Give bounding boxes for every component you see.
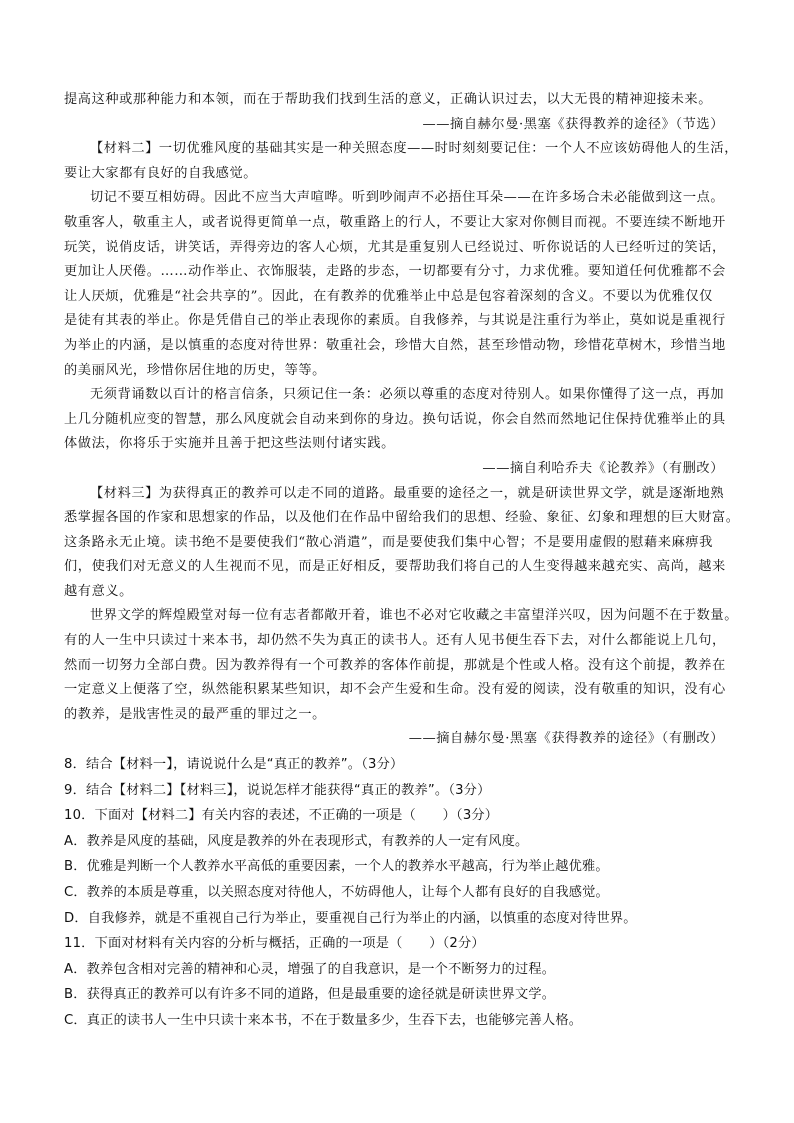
question-10-option-b: B．优雅是判断一个人教养水平高低的重要因素，一个人的教养水平越高，行为举止越优雅… [64, 854, 732, 880]
text-line: 是徒有其表的举止。你是凭借自己的举止表现你的素质。自我修养，与其说是注重行为举止… [64, 309, 732, 334]
document-page: 提高这种或那种能力和本领，而在于帮助我们找到生活的意义，正确认识过去，以大无畏的… [64, 88, 732, 1034]
text-line: 【材料三】为获得真正的教养可以走不同的道路。最重要的途径之一，就是研读世界文学，… [64, 482, 732, 507]
material-1-tail: 提高这种或那种能力和本领，而在于帮助我们找到生活的意义，正确认识过去，以大无畏的… [64, 88, 732, 137]
source-citation: ——摘自赫尔曼·黑塞《获得教养的途径》（有删改） [64, 727, 732, 752]
question-11-option-a: A．教养包含相对完善的精神和心灵，增强了的自我意识，是一个不断努力的过程。 [64, 957, 732, 983]
text-line: 【材料二】一切优雅风度的基础其实是一种关照态度——时时刻刻要记住：一个人不应该妨… [64, 137, 732, 162]
questions: 8．结合【材料一】，请说说什么是“真正的教养”。（3分） 9．结合【材料二】【材… [64, 752, 732, 1034]
question-10-option-c: C．教养的本质是尊重，以关照态度对待他人，不妨碍他人，让每个人都有良好的自我感觉… [64, 880, 732, 906]
text-line: 这条路永无止境。读书绝不是要使我们“散心消遣”，而是要使我们集中心智；不是要用虚… [64, 531, 732, 556]
text-line: 更加让人厌倦。……动作举止、衣饰服装，走路的步态，一切都要有分寸，力求优雅。要知… [64, 260, 732, 285]
text-line: 悉掌握各国的作家和思想家的作品，以及他们在作品中留给我们的思想、经验、象征、幻象… [64, 506, 732, 531]
question-9: 9．结合【材料二】【材料三】，说说怎样才能获得“真正的教养”。（3分） [64, 778, 732, 804]
text-line: 让人厌烦，优雅是“社会共享的”。因此，在有教养的优雅举止中总是包容着深刻的含义。… [64, 285, 732, 310]
text-line: 上几分随机应变的智慧，那么风度就会自动来到你的身边。换句话说，你会自然而然地记住… [64, 408, 732, 433]
text-line: 的教养，是戕害性灵的最严重的罪过之一。 [64, 703, 732, 728]
question-11-option-c: C．真正的读书人一生中只读十来本书，不在于数量多少，生吞下去，也能够完善人格。 [64, 1008, 732, 1034]
text-line: 一定意义上便落了空，纵然能积累某些知识，却不会产生爱和生命。没有爱的阅读，没有敬… [64, 678, 732, 703]
question-11-option-b: B．获得真正的教养可以有许多不同的道路，但是最重要的途径就是研读世界文学。 [64, 982, 732, 1008]
material-2: 【材料二】一切优雅风度的基础其实是一种关照态度——时时刻刻要记住：一个人不应该妨… [64, 137, 732, 481]
text-line: 们，使我们对无意义的人生视而不见，而是正好相反，要帮助我们将自己的人生变得越来越… [64, 555, 732, 580]
text-line: 玩笑，说俏皮话，讲笑话，弄得旁边的客人心烦，尤其是重复别人已经说过、听你说话的人… [64, 236, 732, 261]
source-citation: ——摘自利哈乔夫《论教养》（有删改） [64, 457, 732, 482]
question-11: 11．下面对材料有关内容的分析与概括，正确的一项是（ ）（2分） [64, 931, 732, 957]
question-10: 10．下面对【材料二】有关内容的表述，不正确的一项是（ ）（3分） [64, 803, 732, 829]
material-3: 【材料三】为获得真正的教养可以走不同的道路。最重要的途径之一，就是研读世界文学，… [64, 482, 732, 753]
question-10-option-d: D．自我修养，就是不重视自己行为举止，要重视自己行为举止的内涵，以慎重的态度对待… [64, 906, 732, 932]
text-line: 世界文学的辉煌殿堂对每一位有志者都敞开着，谁也不必对它收藏之丰富望洋兴叹，因为问… [64, 604, 732, 629]
text-line: 无须背诵数以百计的格言信条，只须记住一条：必须以尊重的态度对待别人。如果你懂得了… [64, 383, 732, 408]
text-line: 的美丽风光，珍惜你居住地的历史，等等。 [64, 359, 732, 384]
text-line: 为举止的内涵，是以慎重的态度对待世界：敬重社会，珍惜大自然，甚至珍惜动物，珍惜花… [64, 334, 732, 359]
text-line: 越有意义。 [64, 580, 732, 605]
question-10-option-a: A．教养是风度的基础，风度是教养的外在表现形式，有教养的人一定有风度。 [64, 829, 732, 855]
text-line: 敬重客人，敬重主人，或者说得更简单一点，敬重路上的行人，不要让大家对你侧目而视。… [64, 211, 732, 236]
text-line: 有的人一生中只读过十来本书，却仍然不失为真正的读书人。还有人见书便生吞下去，对什… [64, 629, 732, 654]
text-line: 提高这种或那种能力和本领，而在于帮助我们找到生活的意义，正确认识过去，以大无畏的… [64, 88, 732, 113]
text-line: 体做法，你将乐于实施并且善于把这些法则付诸实践。 [64, 432, 732, 457]
source-citation: ——摘自赫尔曼·黑塞《获得教养的途径》（节选） [64, 113, 732, 138]
text-line: 要让大家都有良好的自我感觉。 [64, 162, 732, 187]
text-line: 然而一切努力全部白费。因为教养得有一个可教养的客体作前提，那就是个性或人格。没有… [64, 654, 732, 679]
question-8: 8．结合【材料一】，请说说什么是“真正的教养”。（3分） [64, 752, 732, 778]
text-line: 切记不要互相妨碍。因此不应当大声喧哗。听到吵闹声不必捂住耳朵——在许多场合未必能… [64, 186, 732, 211]
